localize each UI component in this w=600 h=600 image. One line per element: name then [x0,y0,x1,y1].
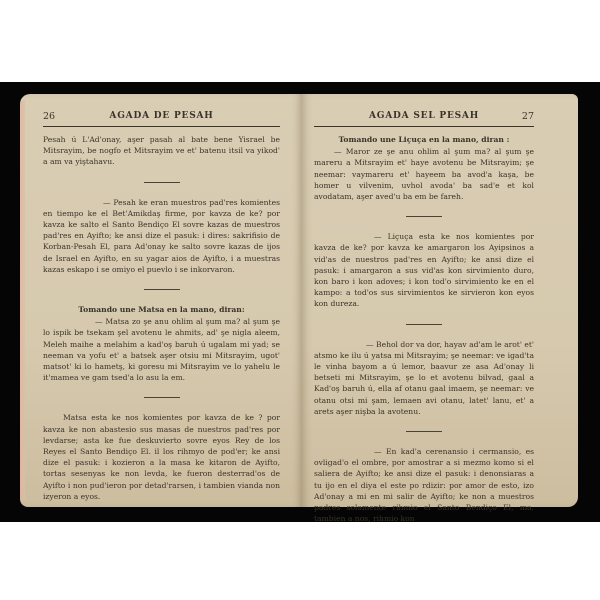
separator-rule [144,397,180,398]
page-number: 27 [522,111,534,122]
paragraph: — Pesah ke eran muestros pad'res komient… [43,197,280,275]
paragraph: — Liçuça esta ke nos komientes por kavza… [314,231,534,309]
separator-rule [406,431,442,432]
separator-rule [406,324,442,325]
paragraph: — En kad'a cerenansio i cermansio, es ov… [314,446,534,524]
paragraph: Matsa esta ke nos komientes por kavza de… [43,412,280,502]
section-heading: Tomando une Matsa en la mano, diran: [43,304,280,315]
paragraph: — Maror ze şe anu ohlim al şum ma? al şu… [314,146,534,202]
left-page-body: Pesah ú L'Ad'onay, aşer pasah al bate be… [43,134,280,502]
right-page-body: Tomando une Liçuça en la mano, diran : —… [314,134,534,524]
running-title: AGADA SEL PESAH [314,111,534,121]
paragraph: — Matsa zo şe anu ohlim al şum ma? al şu… [43,316,280,383]
separator-rule [144,182,180,183]
running-title: AGADA DE PESAH [43,111,280,121]
open-book: 26 AGADA DE PESAH Pesah ú L'Ad'onay, aşe… [20,94,578,507]
right-page: AGADA SEL PESAH 27 Tomando une Liçuça en… [302,94,578,507]
left-page-header: 26 AGADA DE PESAH [43,110,280,127]
paragraph: Pesah ú L'Ad'onay, aşer pasah al bate be… [43,134,280,168]
separator-rule [144,289,180,290]
left-page: 26 AGADA DE PESAH Pesah ú L'Ad'onay, aşe… [20,94,302,507]
paragraph: — Behol dor va dor, hayav ad'am le arot'… [314,339,534,417]
right-page-header: AGADA SEL PESAH 27 [314,110,534,127]
section-heading: Tomando une Liçuça en la mano, diran : [314,134,534,145]
separator-rule [406,216,442,217]
